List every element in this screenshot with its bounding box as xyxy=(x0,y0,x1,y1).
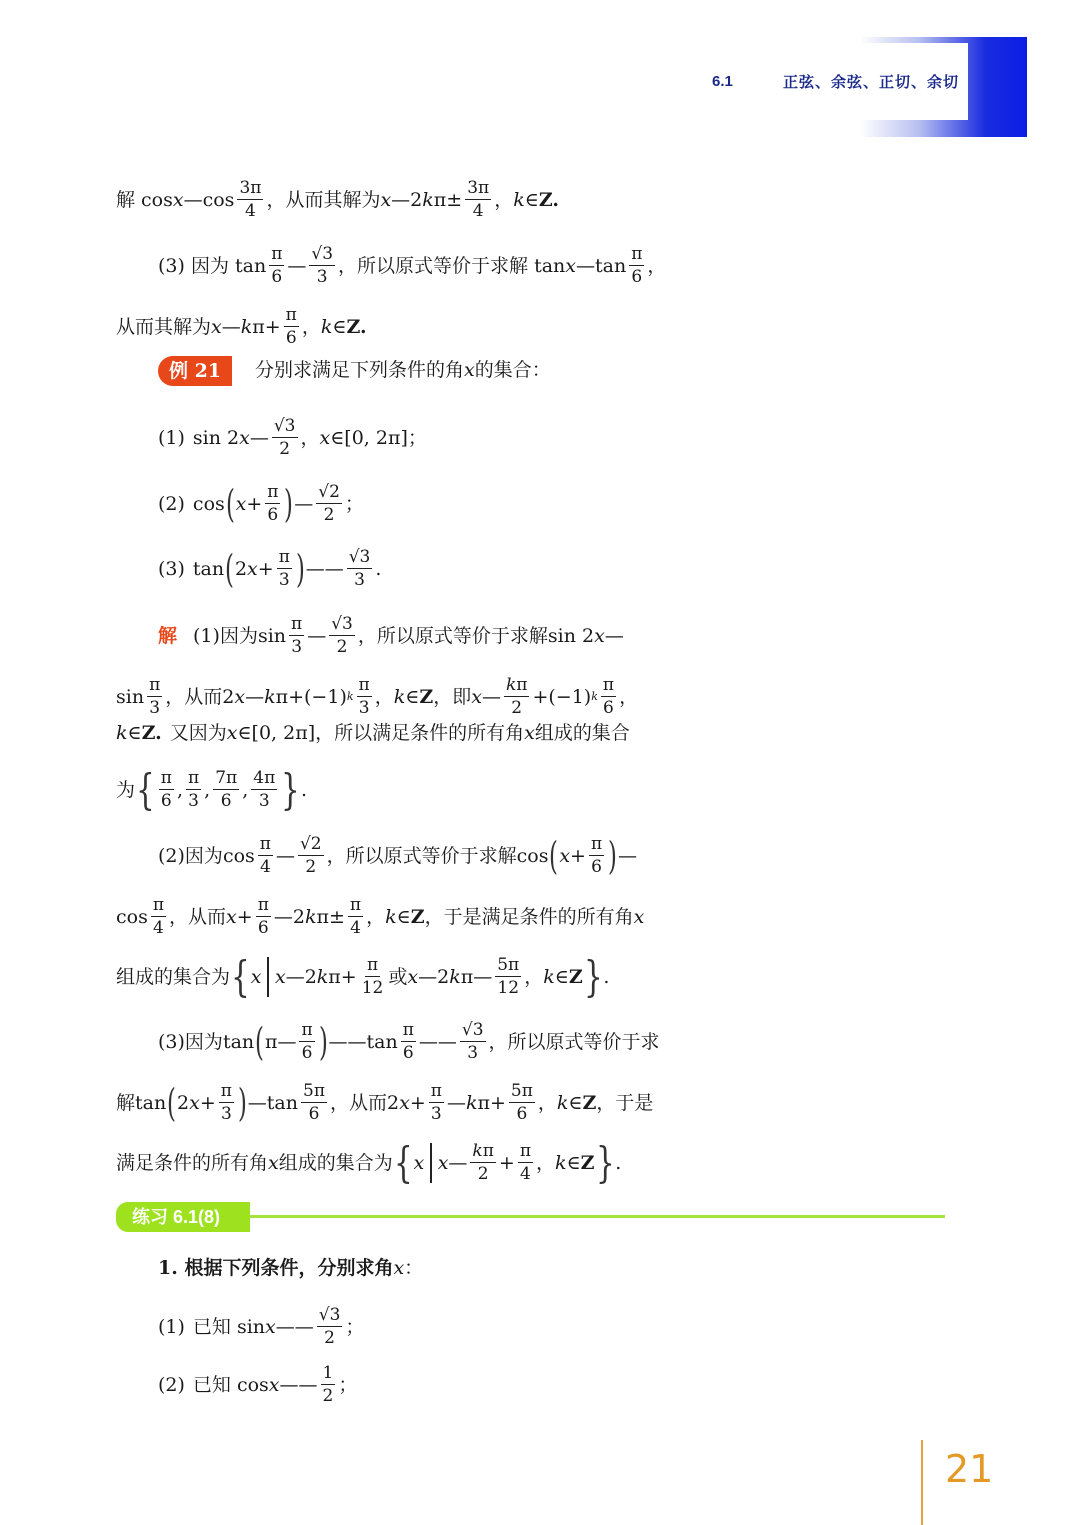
solution-2-line-1: (2) 因为 cos π4— √22 ，所以原式等价于求解 cos(x+ π6)… xyxy=(158,834,637,877)
section-number: 6.1 xyxy=(712,73,733,90)
solution-label: 解 xyxy=(158,624,177,648)
fraction: 3π4 xyxy=(465,178,491,221)
textbook-page: 6.1 正弦、余弦、正切、余切 解 cos x —cos 3π4 ，从而其解为 … xyxy=(0,0,1080,1525)
exercise-rule xyxy=(250,1215,945,1218)
exercise-item-2: (2) 已知 cos x —— 12 ； xyxy=(158,1363,357,1406)
exercise-badge: 练习 6.1(8) xyxy=(116,1202,250,1232)
solution-3-line-3: 满足条件的所有角 x 组成的集合为{x x— kπ2+ π4，k∈Z}. xyxy=(116,1141,621,1184)
example-item-3: (3) tan(2x+ π3)—— √33. xyxy=(158,547,381,590)
solution-1-line-2: sinπ3 ，从而 2x—kπ+(−1)k π3，k∈Z ，即 x— kπ2+(… xyxy=(116,675,638,718)
exercise-item-1: (1) 已知 sin x —— √32 ； xyxy=(158,1305,364,1348)
page-number: 21 xyxy=(945,1447,993,1491)
solution-2-line-2: cosπ4 ，从而 x+ π6—2kπ± π4，k∈Z ，于是满足条件的所有角 … xyxy=(116,895,644,938)
solution-1-line-4: 为{ π6, π3, 7π6, 4π3}. xyxy=(116,768,307,811)
solution-1-line-3: k∈Z. 又因为 x∈[0, 2π] ，所以满足条件的所有角 x 组成的集合 xyxy=(116,721,630,745)
page-number-rule xyxy=(921,1440,923,1525)
example-item-1: (1) sin 2x— √32 ，x∈[0, 2π]； xyxy=(158,416,427,459)
example-item-2: (2) cos(x+ π6)— √22； xyxy=(158,482,364,525)
exercise-question-1: 1. 根据下列条件，分别求角 x： xyxy=(158,1256,423,1280)
example-badge: 例 21 xyxy=(158,356,232,386)
continuation-line-3: 从而其解为 x — k π+ π6 ， k ∈ Z. xyxy=(116,305,367,348)
continuation-line-1: 解 cos x —cos 3π4 ，从而其解为 x —2 k π± 3π4 ， … xyxy=(116,178,559,221)
fraction: 3π4 xyxy=(237,178,263,221)
solution-1-line-1: 解 (1) 因为 sin π3— √32 ，所以原式等价于求解 sin 2x — xyxy=(158,614,624,657)
section-title: 正弦、余弦、正切、余切 xyxy=(783,71,959,92)
solution-3-line-2: 解 tan(2x+ π3)—tan 5π6 ，从而 2x+ π3—kπ+ 5π6… xyxy=(116,1081,653,1124)
solution-2-line-3: 组成的集合为{x x—2kπ+ π12 或 x—2kπ— 5π12，k∈Z}. xyxy=(116,955,609,998)
example-prompt: 分别求满足下列条件的角 x 的集合： xyxy=(255,358,551,382)
solution-3-line-1: (3) 因为 tan(π— π6)——tan π6—— √33 ，所以原式等价于… xyxy=(158,1020,660,1063)
continuation-line-2: (3) 因为 tan π6 — √33 ，所以原式等价于求解 tan x —ta… xyxy=(158,244,666,287)
